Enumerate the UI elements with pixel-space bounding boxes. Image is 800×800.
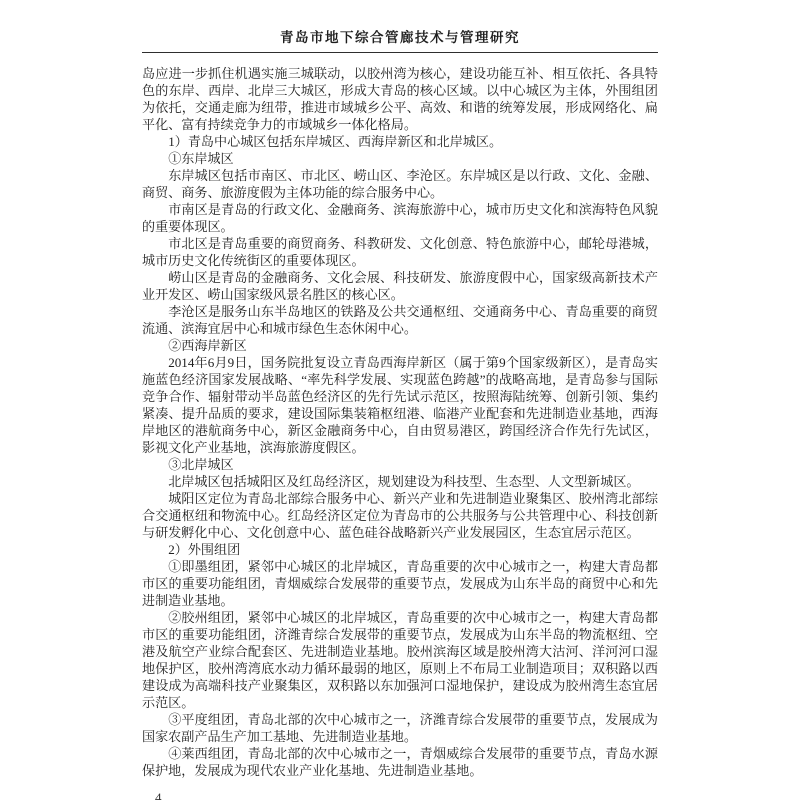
- paragraph: 李沧区是服务山东半岛地区的铁路及公共交通枢纽、交通商务中心、青岛重要的商贸流通、…: [142, 303, 658, 337]
- paragraph: 岛应进一步抓住机遇实施三城联动，以胶州湾为核心，建设功能互补、相互依托、各具特色…: [142, 65, 658, 133]
- page-number: 4: [142, 790, 658, 800]
- paragraph: ④莱西组团，青岛北部的次中心城市之一，青烟威综合发展带的重要节点，青岛水源保护地…: [142, 745, 658, 779]
- paragraph: 市南区是青岛的行政文化、金融商务、滨海旅游中心，城市历史文化和滨海特色风貌的重要…: [142, 201, 658, 235]
- paragraph: 东岸城区包括市南区、市北区、崂山区、李沧区。东岸城区是以行政、文化、金融、商贸、…: [142, 167, 658, 201]
- running-header-title: 青岛市地下综合管廊技术与管理研究: [142, 0, 658, 46]
- text-column: 青岛市地下综合管廊技术与管理研究 岛应进一步抓住机遇实施三城联动，以胶州湾为核心…: [142, 0, 658, 800]
- body-text: 岛应进一步抓住机遇实施三城联动，以胶州湾为核心，建设功能互补、相互依托、各具特色…: [142, 65, 658, 779]
- paragraph: 城阳区定位为青岛北部综合服务中心、新兴产业和先进制造业聚集区、胶州湾北部综合交通…: [142, 490, 658, 541]
- paragraph: 崂山区是青岛的金融商务、文化会展、科技研发、旅游度假中心，国家级高新技术产业开发…: [142, 269, 658, 303]
- paragraph: ③北岸城区: [142, 456, 658, 473]
- paragraph: 2）外围组团: [142, 541, 658, 558]
- paragraph: 1）青岛中心城区包括东岸城区、西海岸新区和北岸城区。: [142, 133, 658, 150]
- book-page: 青岛市地下综合管廊技术与管理研究 岛应进一步抓住机遇实施三城联动，以胶州湾为核心…: [0, 0, 800, 800]
- paragraph: ①东岸城区: [142, 150, 658, 167]
- paragraph: ①即墨组团，紧邻中心城区的北岸城区，青岛重要的次中心城市之一，构建大青岛都市区的…: [142, 558, 658, 609]
- running-header: 青岛市地下综合管廊技术与管理研究: [142, 0, 658, 53]
- header-rule: [142, 52, 658, 53]
- paragraph: ②西海岸新区: [142, 337, 658, 354]
- paragraph: ②胶州组团，紧邻中心城区的北岸城区，青岛重要的次中心城市之一，构建大青岛都市区的…: [142, 609, 658, 711]
- paragraph: 2014年6月9日，国务院批复设立青岛西海岸新区（属于第9个国家级新区），是青岛…: [142, 354, 658, 456]
- paragraph: 市北区是青岛重要的商贸商务、科教研发、文化创意、特色旅游中心，邮轮母港城，城市历…: [142, 235, 658, 269]
- paragraph: 北岸城区包括城阳区及红岛经济区，规划建设为科技型、生态型、人文型新城区。: [142, 473, 658, 490]
- paragraph: ③平度组团，青岛北部的次中心城市之一，济潍青综合发展带的重要节点，发展成为国家农…: [142, 711, 658, 745]
